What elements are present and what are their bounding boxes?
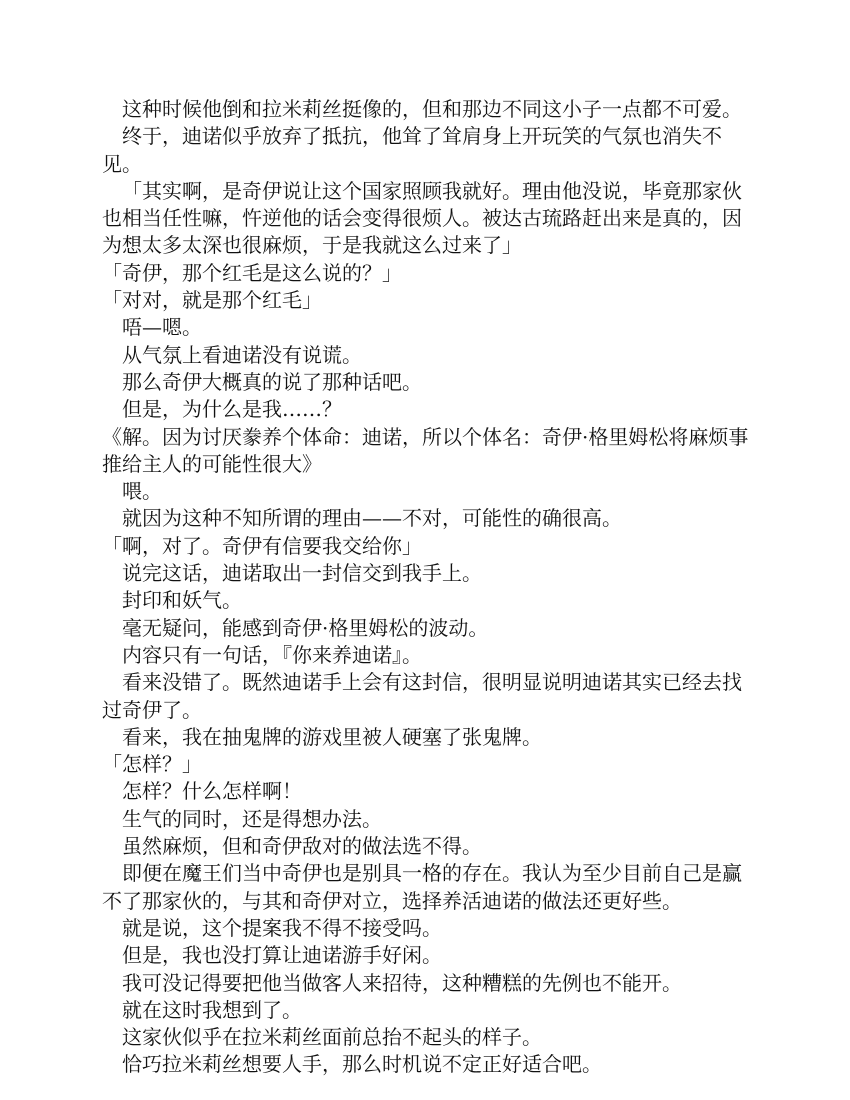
document-page: 这种时候他倒和拉米莉丝挺像的，但和那边不同这小子一点都不可爱。 终于，迪诺似乎放… [102,96,752,1079]
paragraph: 但是，我也没打算让迪诺游手好闲。 [102,942,752,969]
paragraph: 唔—嗯。 [102,314,752,341]
paragraph: 终于，迪诺似乎放弃了抵抗，他耸了耸肩身上开玩笑的气氛也消失不见。 [102,123,752,178]
paragraph: 内容只有一句话，『你来养迪诺』。 [102,642,752,669]
paragraph: 那么奇伊大概真的说了那种话吧。 [102,369,752,396]
paragraph: 就在这时我想到了。 [102,997,752,1024]
paragraph: 就是说，这个提案我不得不接受吗。 [102,915,752,942]
paragraph: 这家伙似乎在拉米莉丝面前总抬不起头的样子。 [102,1024,752,1051]
paragraph: 从气氛上看迪诺没有说谎。 [102,342,752,369]
paragraph: 看来没错了。既然迪诺手上会有这封信，很明显说明迪诺其实已经去找过奇伊了。 [102,669,752,724]
paragraph: 恰巧拉米莉丝想要人手，那么时机说不定正好适合吧。 [102,1051,752,1078]
dialogue-line: 「对对，就是那个红毛」 [102,287,752,314]
paragraph: 说完这话，迪诺取出一封信交到我手上。 [102,560,752,587]
paragraph: 这种时候他倒和拉米莉丝挺像的，但和那边不同这小子一点都不可爱。 [102,96,752,123]
paragraph: 就因为这种不知所谓的理由——不对，可能性的确很高。 [102,505,752,532]
paragraph: 虽然麻烦，但和奇伊敌对的做法选不得。 [102,833,752,860]
paragraph: 即便在魔王们当中奇伊也是别具一格的存在。我认为至少目前自己是赢不了那家伙的，与其… [102,860,752,915]
dialogue-line: 「怎样？」 [102,751,752,778]
paragraph: 封印和妖气。 [102,587,752,614]
paragraph: 生气的同时，还是得想办法。 [102,806,752,833]
paragraph: 我可没记得要把他当做客人来招待，这种糟糕的先例也不能开。 [102,970,752,997]
paragraph: 怎样？什么怎样啊！ [102,778,752,805]
system-voice-line: 《解。因为讨厌豢养个体命：迪诺，所以个体名：奇伊·格里姆松将麻烦事推给主人的可能… [102,424,752,479]
dialogue-line: 「啊，对了。奇伊有信要我交给你」 [102,533,752,560]
paragraph: 看来，我在抽鬼牌的游戏里被人硬塞了张鬼牌。 [102,724,752,751]
paragraph: 但是，为什么是我……？ [102,396,752,423]
paragraph: 「其实啊，是奇伊说让这个国家照顾我就好。理由他没说，毕竟那家伙也相当任性嘛，忤逆… [102,178,752,260]
dialogue-line: 「奇伊，那个红毛是这么说的？」 [102,260,752,287]
paragraph: 喂。 [102,478,752,505]
paragraph: 毫无疑问，能感到奇伊·格里姆松的波动。 [102,615,752,642]
